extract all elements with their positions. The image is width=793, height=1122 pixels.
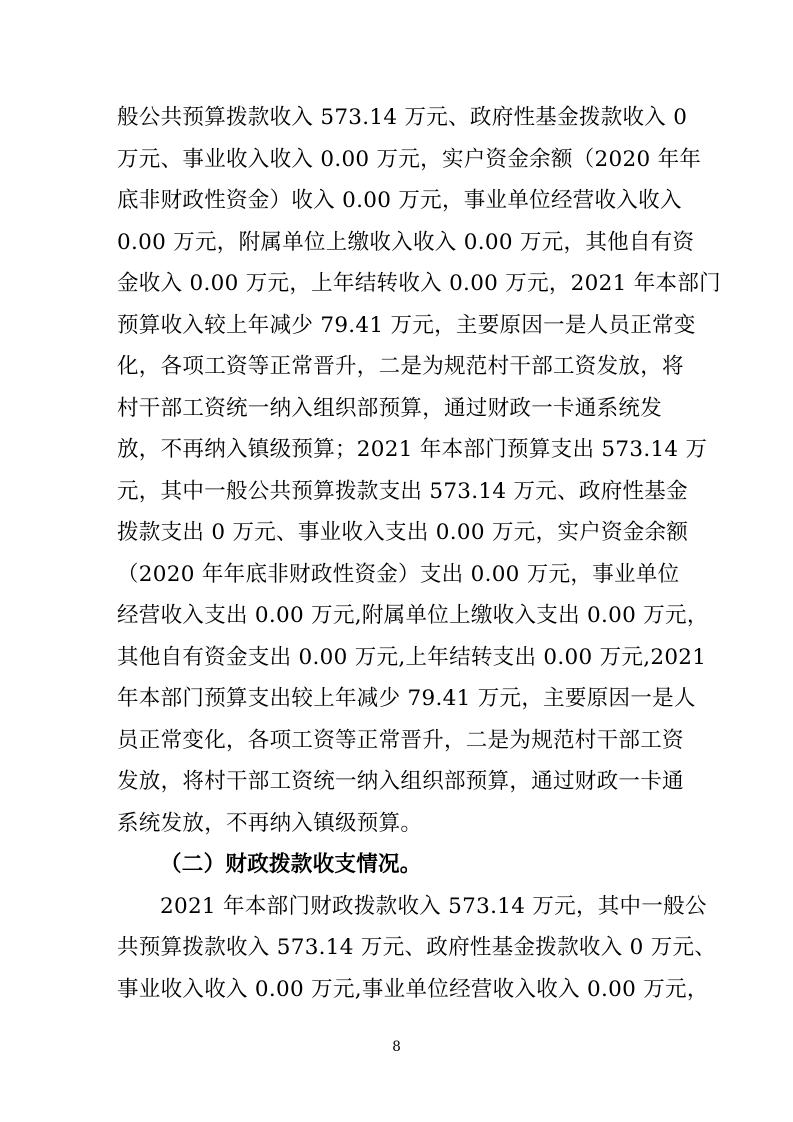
text-line: 元，其中一般公共预算拨款支出 573.14 万元、政府性基金 xyxy=(117,471,683,513)
text-line: 金收入 0.00 万元，上年结转收入 0.00 万元，2021 年本部门 xyxy=(117,263,683,305)
text-line: 放，不再纳入镇级预算；2021 年本部门预算支出 573.14 万 xyxy=(117,429,683,471)
text-line: 经营收入支出 0.00 万元,附属单位上缴收入支出 0.00 万元， xyxy=(117,595,683,637)
text-line: 2021 年本部门财政拨款收入 573.14 万元，其中一般公 xyxy=(117,886,683,928)
section-heading: （二）财政拨款收支情况。 xyxy=(117,844,683,886)
text-line: 事业收入收入 0.00 万元,事业单位经营收入收入 0.00 万元， xyxy=(117,969,683,1011)
text-line: 系统发放，不再纳入镇级预算。 xyxy=(117,803,683,845)
text-line: 年本部门预算支出较上年减少 79.41 万元，主要原因一是人 xyxy=(117,678,683,720)
text-line: 预算收入较上年减少 79.41 万元，主要原因一是人员正常变 xyxy=(117,305,683,347)
page-number: 8 xyxy=(0,1039,793,1055)
text-line: 共预算拨款收入 573.14 万元、政府性基金拨款收入 0 万元、 xyxy=(117,927,683,969)
text-line: 底非财政性资金）收入 0.00 万元，事业单位经营收入收入 xyxy=(117,180,683,222)
text-line: 其他自有资金支出 0.00 万元,上年结转支出 0.00 万元,2021 xyxy=(117,637,683,679)
text-line: 村干部工资统一纳入组织部预算，通过财政一卡通系统发 xyxy=(117,388,683,430)
text-line: 化，各项工资等正常晋升，二是为规范村干部工资发放，将 xyxy=(117,346,683,388)
text-line: 0.00 万元，附属单位上缴收入收入 0.00 万元，其他自有资 xyxy=(117,222,683,264)
text-line: 员正常变化，各项工资等正常晋升，二是为规范村干部工资 xyxy=(117,720,683,762)
document-page: 般公共预算拨款收入 573.14 万元、政府性基金拨款收入 0 万元、事业收入收… xyxy=(0,0,793,1122)
text-line: 万元、事业收入收入 0.00 万元，实户资金余额（2020 年年 xyxy=(117,139,683,181)
text-line: 般公共预算拨款收入 573.14 万元、政府性基金拨款收入 0 xyxy=(117,97,683,139)
document-text-block: 般公共预算拨款收入 573.14 万元、政府性基金拨款收入 0 万元、事业收入收… xyxy=(117,97,683,1010)
text-line: （2020 年年底非财政性资金）支出 0.00 万元，事业单位 xyxy=(117,554,683,596)
text-line: 拨款支出 0 万元、事业收入支出 0.00 万元，实户资金余额 xyxy=(117,512,683,554)
text-line: 发放，将村干部工资统一纳入组织部预算，通过财政一卡通 xyxy=(117,761,683,803)
